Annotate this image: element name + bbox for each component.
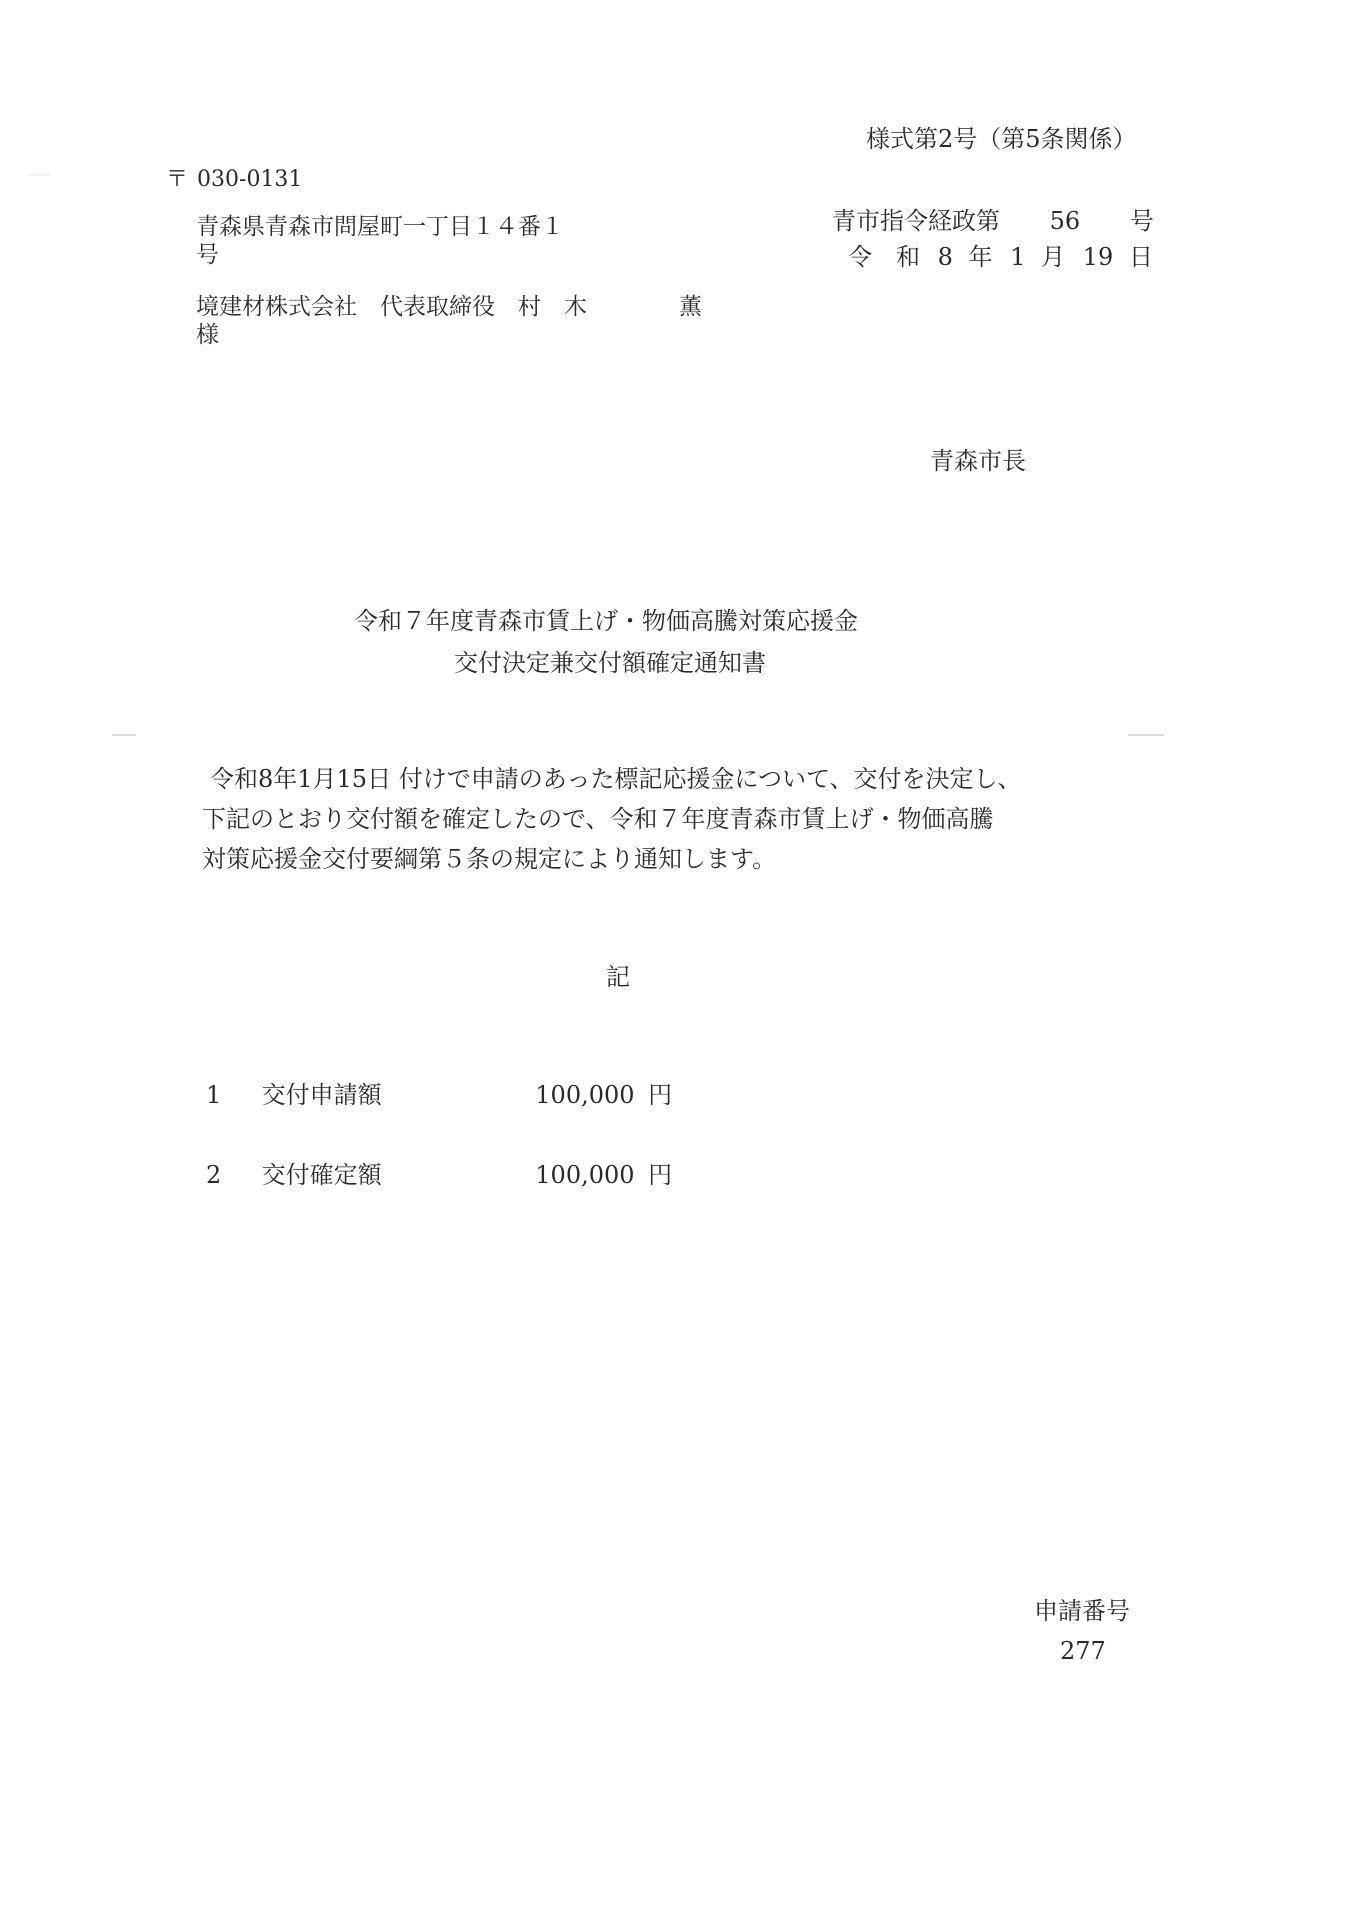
body-line2: 下記のとおり交付額を確定したので、令和７年度青森市賃上げ・物価高騰: [202, 804, 994, 834]
ki-heading: 記: [606, 962, 630, 992]
item-unit: 円: [648, 1081, 672, 1109]
recipient-address-line2: 号: [196, 240, 219, 270]
document-title-line2: 交付決定兼交付額確定通知書: [454, 648, 766, 678]
date-month: 1: [1010, 243, 1025, 271]
item-amount: 100,000: [535, 1161, 634, 1189]
body-line1: 令和8年1月15日 付けで申請のあった標記応援金について、交付を決定し、: [210, 764, 1022, 794]
recipient-name-line1: 境建材株式会社 代表取締役 村 木 薫: [196, 292, 702, 322]
reference-number-value: 56: [1050, 206, 1081, 236]
body-line3: 対策応援金交付要綱第５条の規定により通知します。: [202, 844, 776, 874]
postal-code: 〒 030-0131: [166, 166, 302, 194]
date-year: 8: [938, 243, 953, 271]
top-left-scan-mark: [28, 174, 50, 176]
postal-code-value: 030-0131: [197, 167, 302, 192]
item-amount: 100,000: [535, 1081, 634, 1109]
issue-date: 令 和 8 年 1 月 19 日: [848, 242, 1153, 272]
reference-suffix: 号: [1130, 206, 1154, 236]
reference-number: 青市指令経政第 56 号: [832, 206, 1154, 236]
item-number: 2: [206, 1160, 254, 1190]
reference-prefix: 青市指令経政第: [832, 207, 1000, 235]
recipient-address-line1: 青森県青森市問屋町一丁目１４番１: [196, 212, 564, 242]
item-row-confirmed-amount: 2 交付確定額 100,000 円: [206, 1160, 672, 1190]
item-unit: 円: [648, 1161, 672, 1189]
item-label: 交付申請額: [262, 1080, 528, 1110]
document-title-line1: 令和７年度青森市賃上げ・物価高騰対策応援金: [354, 606, 858, 636]
date-day-unit: 日: [1129, 243, 1153, 271]
item-number: 1: [206, 1080, 254, 1110]
item-label: 交付確定額: [262, 1160, 528, 1190]
right-fold-mark: [1128, 734, 1164, 736]
item-row-application-amount: 1 交付申請額 100,000 円: [206, 1080, 672, 1110]
application-number-label: 申請番号: [1034, 1596, 1130, 1626]
date-month-unit: 月: [1041, 243, 1065, 271]
application-number-value: 277: [1060, 1636, 1106, 1666]
issuer: 青森市長: [930, 446, 1026, 476]
date-day: 19: [1083, 243, 1114, 271]
date-year-unit: 年: [969, 243, 993, 271]
recipient-name-line2: 様: [196, 320, 219, 350]
form-number: 様式第2号（第5条関係）: [866, 124, 1137, 154]
date-era: 令 和: [848, 243, 920, 271]
left-fold-mark: [112, 734, 136, 736]
postal-mark-icon: 〒: [166, 167, 188, 192]
